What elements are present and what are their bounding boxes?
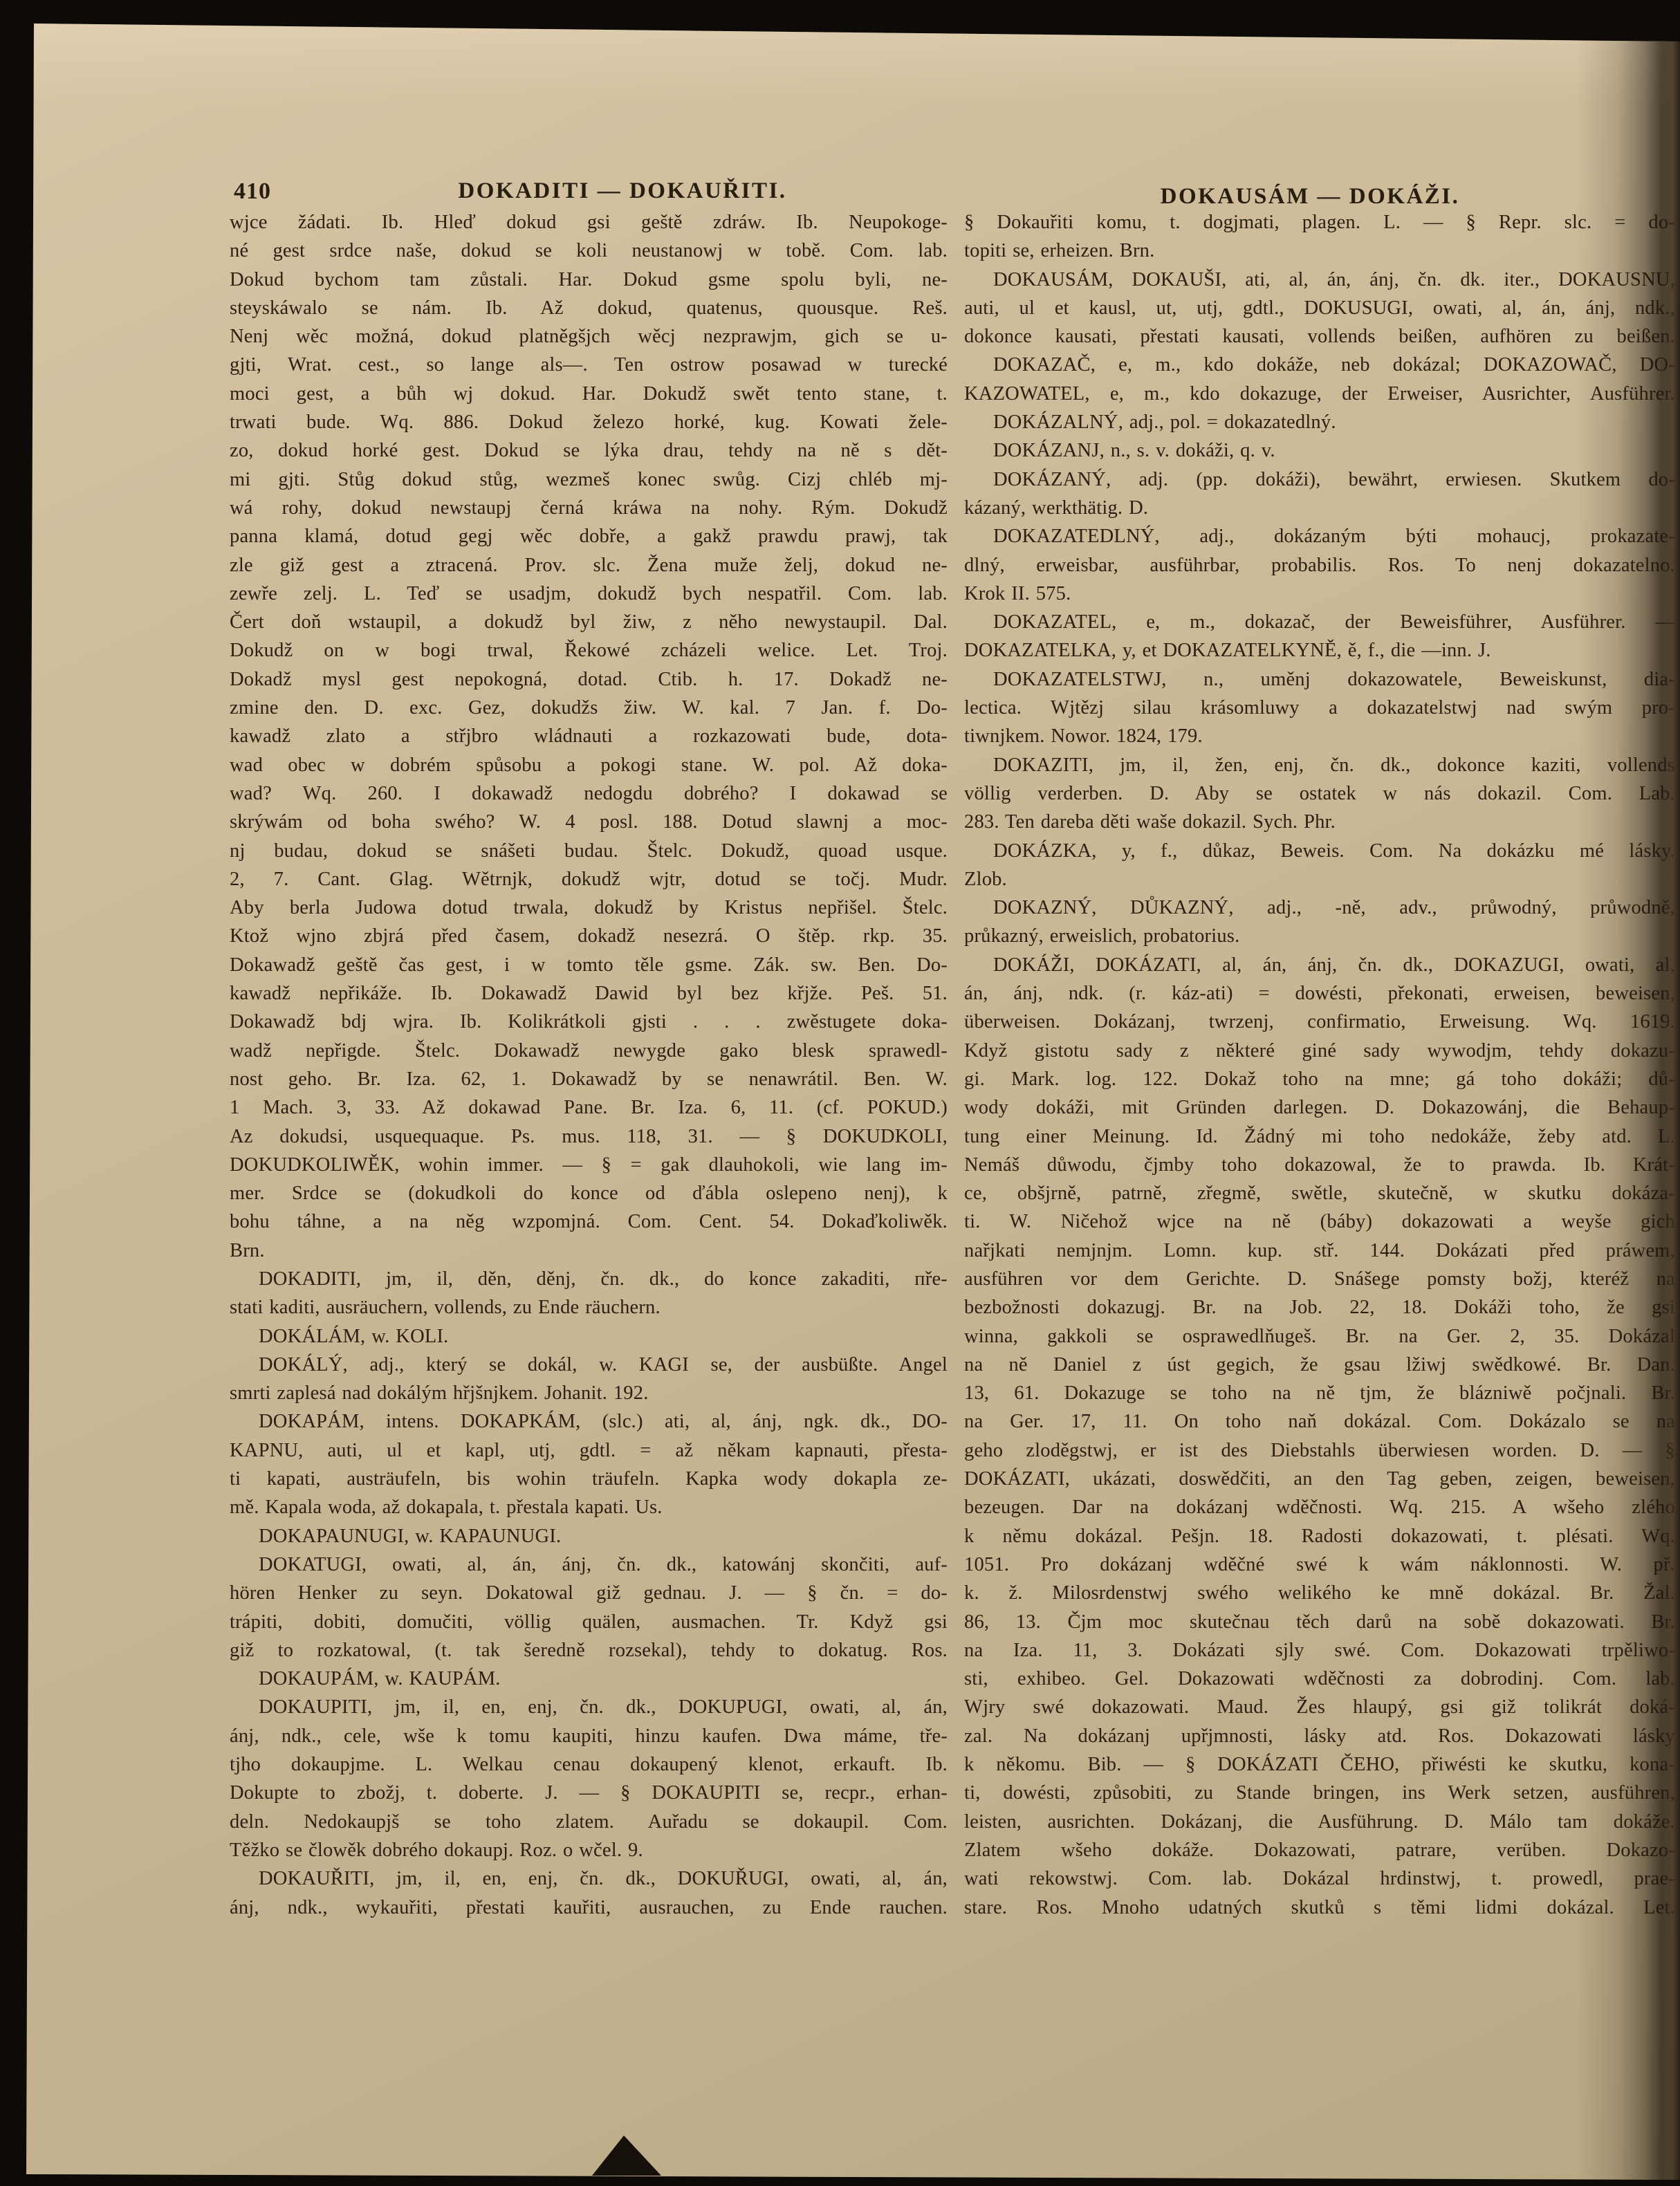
text-line: smrti zaplesá nad dokálým hřjšnjkem. Joh… xyxy=(230,1379,948,1407)
text-line: DOKÁZANJ, n., s. v. dokáži, q. v. xyxy=(964,436,1675,465)
text-line: Aby berla Judowa dotud trwala, dokudž by… xyxy=(230,893,948,922)
text-line: zmine den. D. exc. Gez, dokudžs žiw. W. … xyxy=(230,694,948,722)
text-line: DOKÁZKA, y, f., důkaz, Beweis. Com. Na d… xyxy=(964,837,1675,865)
text-line: Těžko se člowěk dobrého dokaupj. Roz. o … xyxy=(230,1836,948,1864)
text-line: DOKÁLÝ, adj., který se dokál, w. KAGI se… xyxy=(230,1351,948,1379)
text-line: kawadž nepřikáže. Ib. Dokawadž Dawid byl… xyxy=(230,979,948,1008)
book-gutter-shadow xyxy=(1576,0,1680,2186)
text-line: k němu dokázal. Pešjn. 18. Radosti dokaz… xyxy=(964,1522,1675,1550)
text-line: nj budau, dokud se snášeti budau. Štelc.… xyxy=(230,837,948,865)
text-line: überweisen. Dokázanj, twrzenj, confirmat… xyxy=(964,1008,1675,1036)
text-line: 2, 7. Cant. Glag. Wětrnjk, dokudž wjtr, … xyxy=(230,865,948,893)
text-line: völlig verderben. D. Aby se ostatek w ná… xyxy=(964,779,1675,808)
text-line: zle giž gest a ztracená. Prov. slc. Žena… xyxy=(230,551,948,580)
text-line: DOKAZNÝ, DŮKAZNÝ, adj., -ně, adv., průwo… xyxy=(964,893,1675,922)
text-line: KAPNU, auti, ul et kapl, utj, gdtl. = až… xyxy=(230,1436,948,1465)
text-line: Dokadž mysl gest nepokogná, dotad. Ctib.… xyxy=(230,665,948,694)
text-line: zewře zelj. L. Teď se usadjm, dokudž byc… xyxy=(230,580,948,608)
text-line: na Iza. 11, 3. Dokázati sjly swé. Com. D… xyxy=(964,1636,1675,1665)
text-line: 283. Ten dareba děti waše dokazil. Sych.… xyxy=(964,808,1675,836)
text-line: deln. Nedokaupjš se toho zlatem. Auřadu … xyxy=(230,1808,948,1836)
text-line: tjho dokaupjme. L. Welkau cenau dokaupen… xyxy=(230,1750,948,1779)
text-line: Dokawadž bdj wjra. Ib. Kolikrátkoli gjst… xyxy=(230,1008,948,1036)
text-line: Čert doň wstaupil, a dokudž byl žiw, z n… xyxy=(230,608,948,636)
text-line: stare. Ros. Mnoho udatných skutků s těmi… xyxy=(964,1893,1675,1922)
text-line: wody dokáži, mit Gründen darlegen. D. Do… xyxy=(964,1093,1675,1122)
text-line: DOKAZATEL, e, m., dokazač, der Beweisfüh… xyxy=(964,608,1675,636)
right-column: § Dokauřiti komu, t. dogjmati, plagen. L… xyxy=(964,208,1675,1922)
text-line: 1 Mach. 3, 33. Až dokawad Pane. Br. Iza.… xyxy=(230,1093,948,1122)
text-line: Nemáš důwodu, čjmby toho dokazowal, že t… xyxy=(964,1151,1675,1179)
text-line: lectica. Wjtězj silau krásomluwy a dokaz… xyxy=(964,694,1675,722)
page-number: 410 xyxy=(234,178,271,205)
text-line: tung einer Meinung. Id. Žádný mi toho ne… xyxy=(964,1122,1675,1151)
text-line: Brn. xyxy=(230,1236,948,1265)
text-line: § Dokauřiti komu, t. dogjmati, plagen. L… xyxy=(964,208,1675,237)
text-line: DOKÁZALNÝ, adj., pol. = dokazatedlný. xyxy=(964,408,1675,436)
text-line: wadž nepřigde. Štelc. Dokawadž newygde g… xyxy=(230,1037,948,1065)
text-line: zal. Na dokázanj upřjmnosti, lásky atd. … xyxy=(964,1722,1675,1750)
text-line: DOKATUGI, owati, al, án, ánj, čn. dk., k… xyxy=(230,1550,948,1579)
text-line: DOKAPÁM, intens. DOKAPKÁM, (slc.) ati, a… xyxy=(230,1407,948,1436)
text-line: án, ánj, ndk. (r. káz-ati) = dowésti, př… xyxy=(964,979,1675,1008)
text-line: Wjry swé dokazowati. Maud. Žes hlaupý, g… xyxy=(964,1693,1675,1721)
text-line: Zlatem wšeho dokáže. Dokazowati, patrare… xyxy=(964,1836,1675,1864)
text-line: DOKAUŘITI, jm, il, en, enj, čn. dk., DOK… xyxy=(230,1864,948,1893)
text-line: DOKAUPITI, jm, il, en, enj, čn. dk., DOK… xyxy=(230,1693,948,1721)
text-line: DOKAZATEDLNÝ, adj., dokázaným býti mohau… xyxy=(964,522,1675,550)
text-line: mer. Srdce se (dokudkoli do konce od ďáb… xyxy=(230,1179,948,1207)
text-line: mě. Kapala woda, až dokapala, t. přestal… xyxy=(230,1493,948,1521)
text-line: Dokawadž geště čas gest, i w tomto těle … xyxy=(230,951,948,979)
text-line: k. ž. Milosrdenstwj swého welikého ke mn… xyxy=(964,1579,1675,1607)
text-line: DOKÁZANÝ, adj. (pp. dokáži), bewährt, er… xyxy=(964,465,1675,494)
text-line: ánj, ndk., wykauřiti, přestati kauřiti, … xyxy=(230,1893,948,1922)
text-line: wjce žádati. Ib. Hleď dokud gsi geště zd… xyxy=(230,208,948,237)
text-line: nařjkati nemjnjm. Lomn. kup. stř. 144. D… xyxy=(964,1236,1675,1265)
running-header-right: DOKAUSÁM — DOKÁŽI. xyxy=(964,184,1656,210)
text-line: kázaný, werkthätig. D. xyxy=(964,494,1675,522)
text-line: skrýwám od boha swého? W. 4 posl. 188. D… xyxy=(230,808,948,836)
text-line: gi. Mark. log. 122. Dokaž toho na mne; g… xyxy=(964,1065,1675,1093)
text-line: gjti, Wrat. cest., so lange als—. Ten os… xyxy=(230,351,948,379)
text-line: mi gjti. Stůg dokud stůg, wezmeš konec s… xyxy=(230,465,948,494)
page-scan: 410 DOKADITI — DOKAUŘITI. DOKAUSÁM — DOK… xyxy=(0,0,1680,2186)
text-line: DOKAZATELKA, y, et DOKAZATELKYNĚ, ě, f.,… xyxy=(964,636,1675,665)
text-line: ánj, ndk., cele, wše k tomu kaupiti, hin… xyxy=(230,1722,948,1750)
text-line: trápiti, dobiti, domučiti, völlig quälen… xyxy=(230,1608,948,1636)
text-line: na Ger. 17, 11. On toho naň dokázal. Com… xyxy=(964,1407,1675,1436)
text-line: bohu táhne, a na něg wzpomjná. Com. Cent… xyxy=(230,1207,948,1236)
text-line: Dokud bychom tam zůstali. Har. Dokud gsm… xyxy=(230,266,948,294)
text-line: nost geho. Br. Iza. 62, 1. Dokawadž by s… xyxy=(230,1065,948,1093)
text-line: DOKADITI, jm, il, děn, děnj, čn. dk., do… xyxy=(230,1265,948,1293)
text-line: DOKÁZATI, ukázati, doswědčiti, an den Ta… xyxy=(964,1465,1675,1493)
text-line: Az dokudsi, usquequaque. Ps. mus. 118, 3… xyxy=(230,1122,948,1151)
text-line: wad obec w dobrém spůsobu a pokogi stane… xyxy=(230,751,948,779)
text-line: wad? Wq. 260. I dokawadž nedogdu dobrého… xyxy=(230,779,948,808)
text-line: na ně Daniel z úst gegich, že gsau lžiwj… xyxy=(964,1351,1675,1379)
text-line: DOKAZAČ, e, m., kdo dokáže, neb dokázal;… xyxy=(964,351,1675,379)
text-line: tiwnjkem. Nowor. 1824, 179. xyxy=(964,722,1675,750)
text-line: ti kapati, austräufeln, bis wohin träufe… xyxy=(230,1465,948,1493)
text-line: DOKAUPÁM, w. KAUPÁM. xyxy=(230,1665,948,1693)
text-line: KAZOWATEL, e, m., kdo dokazuge, der Erwe… xyxy=(964,380,1675,408)
text-line: 13, 61. Dokazuge se toho na ně tjm, že b… xyxy=(964,1379,1675,1407)
text-line: DOKAZATELSTWJ, n., uměnj dokazowatele, B… xyxy=(964,665,1675,694)
text-line: ti, dowésti, způsobiti, zu Stande bringe… xyxy=(964,1779,1675,1807)
text-line: ausführen vor dem Gerichte. D. Snášege p… xyxy=(964,1265,1675,1293)
text-line: ce, obšjrně, patrně, zřegmě, swětle, sku… xyxy=(964,1179,1675,1207)
scan-blemish xyxy=(592,2136,661,2176)
text-line: né gest srdce naše, dokud se koli neusta… xyxy=(230,237,948,265)
text-line: Když gistotu sady z některé giné sady wy… xyxy=(964,1037,1675,1065)
text-line: moci gest, a bůh wj dokud. Har. Dokudž s… xyxy=(230,380,948,408)
text-line: wati rekowstwj. Com. lab. Dokázal hrdins… xyxy=(964,1864,1675,1893)
text-line: wá rohy, dokud newstaupj černá kráwa na … xyxy=(230,494,948,522)
text-line: geho zloděgstwj, er ist des Diebstahls ü… xyxy=(964,1436,1675,1465)
text-line: DOKÁLÁM, w. KOLI. xyxy=(230,1322,948,1351)
text-line: Krok II. 575. xyxy=(964,580,1675,608)
text-line: auti, ul et kausl, ut, utj, gdtl., DOKUS… xyxy=(964,294,1675,322)
text-line: Nenj wěc možná, dokud platněgšjch wěcj n… xyxy=(230,322,948,351)
scanned-dictionary-page: { "page": { "number": "410", "left_heade… xyxy=(0,0,1680,2186)
text-line: DOKAUSÁM, DOKAUŠI, ati, al, án, ánj, čn.… xyxy=(964,266,1675,294)
text-line: Zlob. xyxy=(964,865,1675,893)
text-line: 1051. Pro dokázanj wděčné swé k wám nákl… xyxy=(964,1550,1675,1579)
text-line: hören Henker zu seyn. Dokatowal giž gedn… xyxy=(230,1579,948,1607)
text-line: 86, 13. Čjm moc skutečnau těch darů na s… xyxy=(964,1608,1675,1636)
text-line: kawadž zlato a střjbro wládnauti a rozka… xyxy=(230,722,948,750)
text-line: k někomu. Bib. — § DOKÁZATI ČEHO, přiwés… xyxy=(964,1750,1675,1779)
text-line: DOKAPAUNUGI, w. KAPAUNUGI. xyxy=(230,1522,948,1550)
text-line: DOKUDKOLIWĚK, wohin immer. — § = gak dla… xyxy=(230,1151,948,1179)
text-line: bezeugen. Dar na dokázanj wděčnosti. Wq.… xyxy=(964,1493,1675,1521)
text-line: dlný, erweisbar, ausführbar, probabilis.… xyxy=(964,551,1675,580)
text-line: DOKÁŽI, DOKÁZATI, al, án, ánj, čn. dk., … xyxy=(964,951,1675,979)
text-line: Dokudž on w bogi trwal, Řekowé zcházeli … xyxy=(230,636,948,665)
text-line: sti, exhibeo. Gel. Dokazowati wděčnosti … xyxy=(964,1665,1675,1693)
text-line: bezbožnosti dokazugj. Br. na Job. 22, 18… xyxy=(964,1293,1675,1322)
text-line: průkazný, erweislich, probatorius. xyxy=(964,922,1675,950)
text-line: winna, gakkoli se osprawedlňugeš. Br. na… xyxy=(964,1322,1675,1351)
text-line: zo, dokud horké gest. Dokud se lýka drau… xyxy=(230,436,948,465)
left-column: wjce žádati. Ib. Hleď dokud gsi geště zd… xyxy=(230,208,948,1922)
text-line: Ktož wjno zbjrá před časem, dokadž nesez… xyxy=(230,922,948,950)
text-line: trwati bude. Wq. 886. Dokud železo horké… xyxy=(230,408,948,436)
text-line: stati kaditi, ausräuchern, vollends, zu … xyxy=(230,1293,948,1322)
running-header-left: DOKADITI — DOKAUŘITI. xyxy=(297,178,948,204)
text-line: leisten, ausrichten. Dokázanj, die Ausfü… xyxy=(964,1808,1675,1836)
text-line: dokonce kausati, přestati kausati, volle… xyxy=(964,322,1675,351)
text-line: giž to rozkatowal, (t. tak šeredně rozse… xyxy=(230,1636,948,1665)
text-line: topiti se, erheizen. Brn. xyxy=(964,237,1675,265)
text-line: ti. W. Ničehož wjce na ně (báby) dokazow… xyxy=(964,1207,1675,1236)
text-line: steyskáwalo se nám. Ib. Až dokud, quaten… xyxy=(230,294,948,322)
text-line: Dokupte to zbožj, t. doberte. J. — § DOK… xyxy=(230,1779,948,1807)
text-line: DOKAZITI, jm, il, žen, enj, čn. dk., dok… xyxy=(964,751,1675,779)
text-line: panna klamá, dotud gegj wěc dobře, a gak… xyxy=(230,522,948,550)
